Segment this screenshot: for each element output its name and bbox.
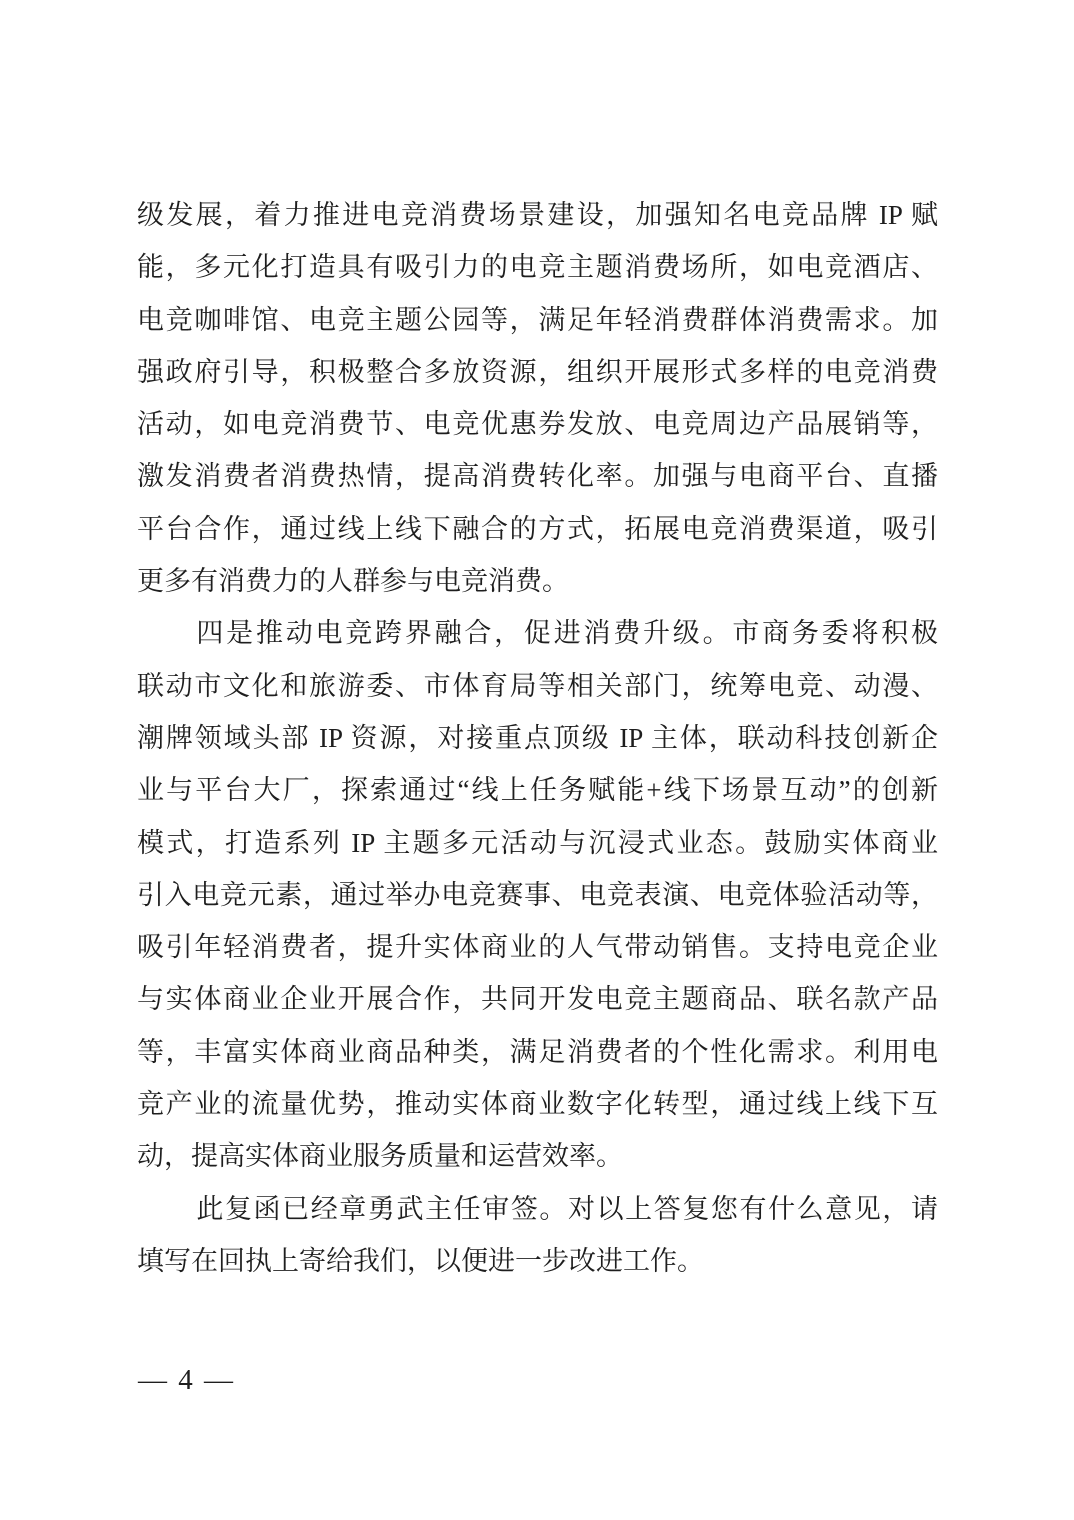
text-line: 潮牌领域头部 IP 资源，对接重点顶级 IP 主体，联动科技创新企 xyxy=(137,712,938,764)
text-line: 更多有消费力的人群参与电竞消费。 xyxy=(137,555,938,607)
text-line: 能，多元化打造具有吸引力的电竞主题消费场所，如电竞酒店、 xyxy=(137,241,938,293)
text-line: 与实体商业企业开展合作，共同开发电竞主题商品、联名款产品 xyxy=(137,973,938,1025)
text-line: 等，丰富实体商业商品种类，满足消费者的个性化需求。利用电 xyxy=(137,1026,938,1078)
paragraph-continued: 级发展，着力推进电竞消费场景建设，加强知名电竞品牌 IP 赋 能，多元化打造具有… xyxy=(137,189,938,607)
text-line: 引入电竞元素，通过举办电竞赛事、电竞表演、电竞体验活动等， xyxy=(137,869,938,921)
text-line: 竞产业的流量优势，推动实体商业数字化转型，通过线上线下互 xyxy=(137,1078,938,1130)
text-line: 联动市文化和旅游委、市体育局等相关部门，统筹电竞、动漫、 xyxy=(137,660,938,712)
text-line: 吸引年轻消费者，提升实体商业的人气带动销售。支持电竞企业 xyxy=(137,921,938,973)
paragraph-point-four: 四是推动电竞跨界融合，促进消费升级。市商务委将积极 联动市文化和旅游委、市体育局… xyxy=(137,607,938,1182)
text-line: 此复函已经章勇武主任审签。对以上答复您有什么意见，请 xyxy=(137,1183,938,1235)
text-line: 业与平台大厂，探索通过“线上任务赋能+线下场景互动”的创新 xyxy=(137,764,938,816)
paragraph-closing: 此复函已经章勇武主任审签。对以上答复您有什么意见，请 填写在回执上寄给我们，以便… xyxy=(137,1183,938,1288)
text-line: 活动，如电竞消费节、电竞优惠券发放、电竞周边产品展销等， xyxy=(137,398,938,450)
page-number: — 4 — xyxy=(138,1362,235,1398)
text-line: 四是推动电竞跨界融合，促进消费升级。市商务委将积极 xyxy=(137,607,938,659)
text-line: 模式，打造系列 IP 主题多元活动与沉浸式业态。鼓励实体商业 xyxy=(137,817,938,869)
text-line: 级发展，着力推进电竞消费场景建设，加强知名电竞品牌 IP 赋 xyxy=(137,189,938,241)
document-page: 级发展，着力推进电竞消费场景建设，加强知名电竞品牌 IP 赋 能，多元化打造具有… xyxy=(0,0,1074,1520)
text-line: 强政府引导，积极整合多放资源，组织开展形式多样的电竞消费 xyxy=(137,346,938,398)
document-body: 级发展，着力推进电竞消费场景建设，加强知名电竞品牌 IP 赋 能，多元化打造具有… xyxy=(137,189,938,1287)
text-line: 电竞咖啡馆、电竞主题公园等，满足年轻消费群体消费需求。加 xyxy=(137,294,938,346)
text-line: 填写在回执上寄给我们，以便进一步改进工作。 xyxy=(137,1235,938,1287)
text-line: 动，提高实体商业服务质量和运营效率。 xyxy=(137,1130,938,1182)
text-line: 激发消费者消费热情，提高消费转化率。加强与电商平台、直播 xyxy=(137,450,938,502)
text-line: 平台合作，通过线上线下融合的方式，拓展电竞消费渠道，吸引 xyxy=(137,503,938,555)
